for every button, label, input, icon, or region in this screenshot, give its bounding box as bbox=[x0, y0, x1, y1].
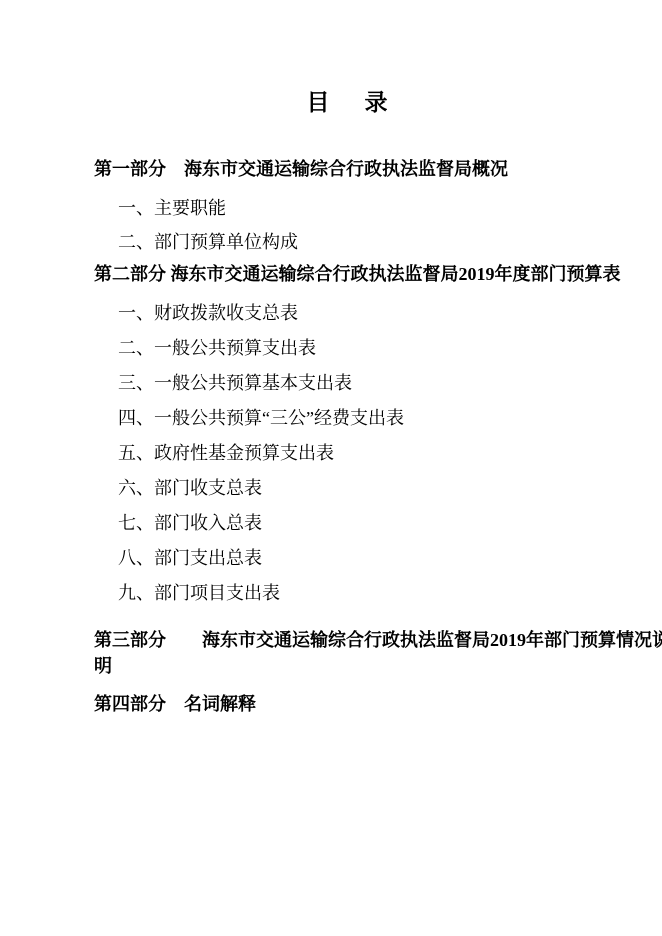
toc-title: 目 录 bbox=[0, 90, 662, 116]
toc-item: 六、部门收支总表 bbox=[118, 478, 262, 499]
toc-item: 四、一般公共预算“三公”经费支出表 bbox=[118, 408, 404, 429]
toc-item: 二、一般公共预算支出表 bbox=[118, 338, 316, 359]
toc-item: 八、部门支出总表 bbox=[118, 548, 262, 569]
toc-item: 三、一般公共预算基本支出表 bbox=[118, 373, 352, 394]
section-4-heading: 第四部分 名词解释 bbox=[94, 694, 256, 715]
section-2-heading: 第二部分 海东市交通运输综合行政执法监督局2019年度部门预算表 bbox=[94, 264, 621, 285]
section-3-heading: 第三部分 海东市交通运输综合行政执法监督局2019年部门预算情况说明 bbox=[94, 627, 662, 679]
toc-item: 五、政府性基金预算支出表 bbox=[118, 443, 334, 464]
toc-item: 九、部门项目支出表 bbox=[118, 583, 280, 604]
toc-item: 一、财政拨款收支总表 bbox=[118, 303, 298, 324]
toc-item: 一、主要职能 bbox=[118, 198, 226, 219]
toc-item: 七、部门收入总表 bbox=[118, 513, 262, 534]
toc-item: 二、部门预算单位构成 bbox=[118, 232, 298, 253]
document-viewport: 目 录 第一部分 海东市交通运输综合行政执法监督局概况 一、主要职能 二、部门预… bbox=[0, 0, 662, 936]
document-page: 目 录 第一部分 海东市交通运输综合行政执法监督局概况 一、主要职能 二、部门预… bbox=[0, 0, 662, 936]
section-1-heading: 第一部分 海东市交通运输综合行政执法监督局概况 bbox=[94, 159, 508, 180]
